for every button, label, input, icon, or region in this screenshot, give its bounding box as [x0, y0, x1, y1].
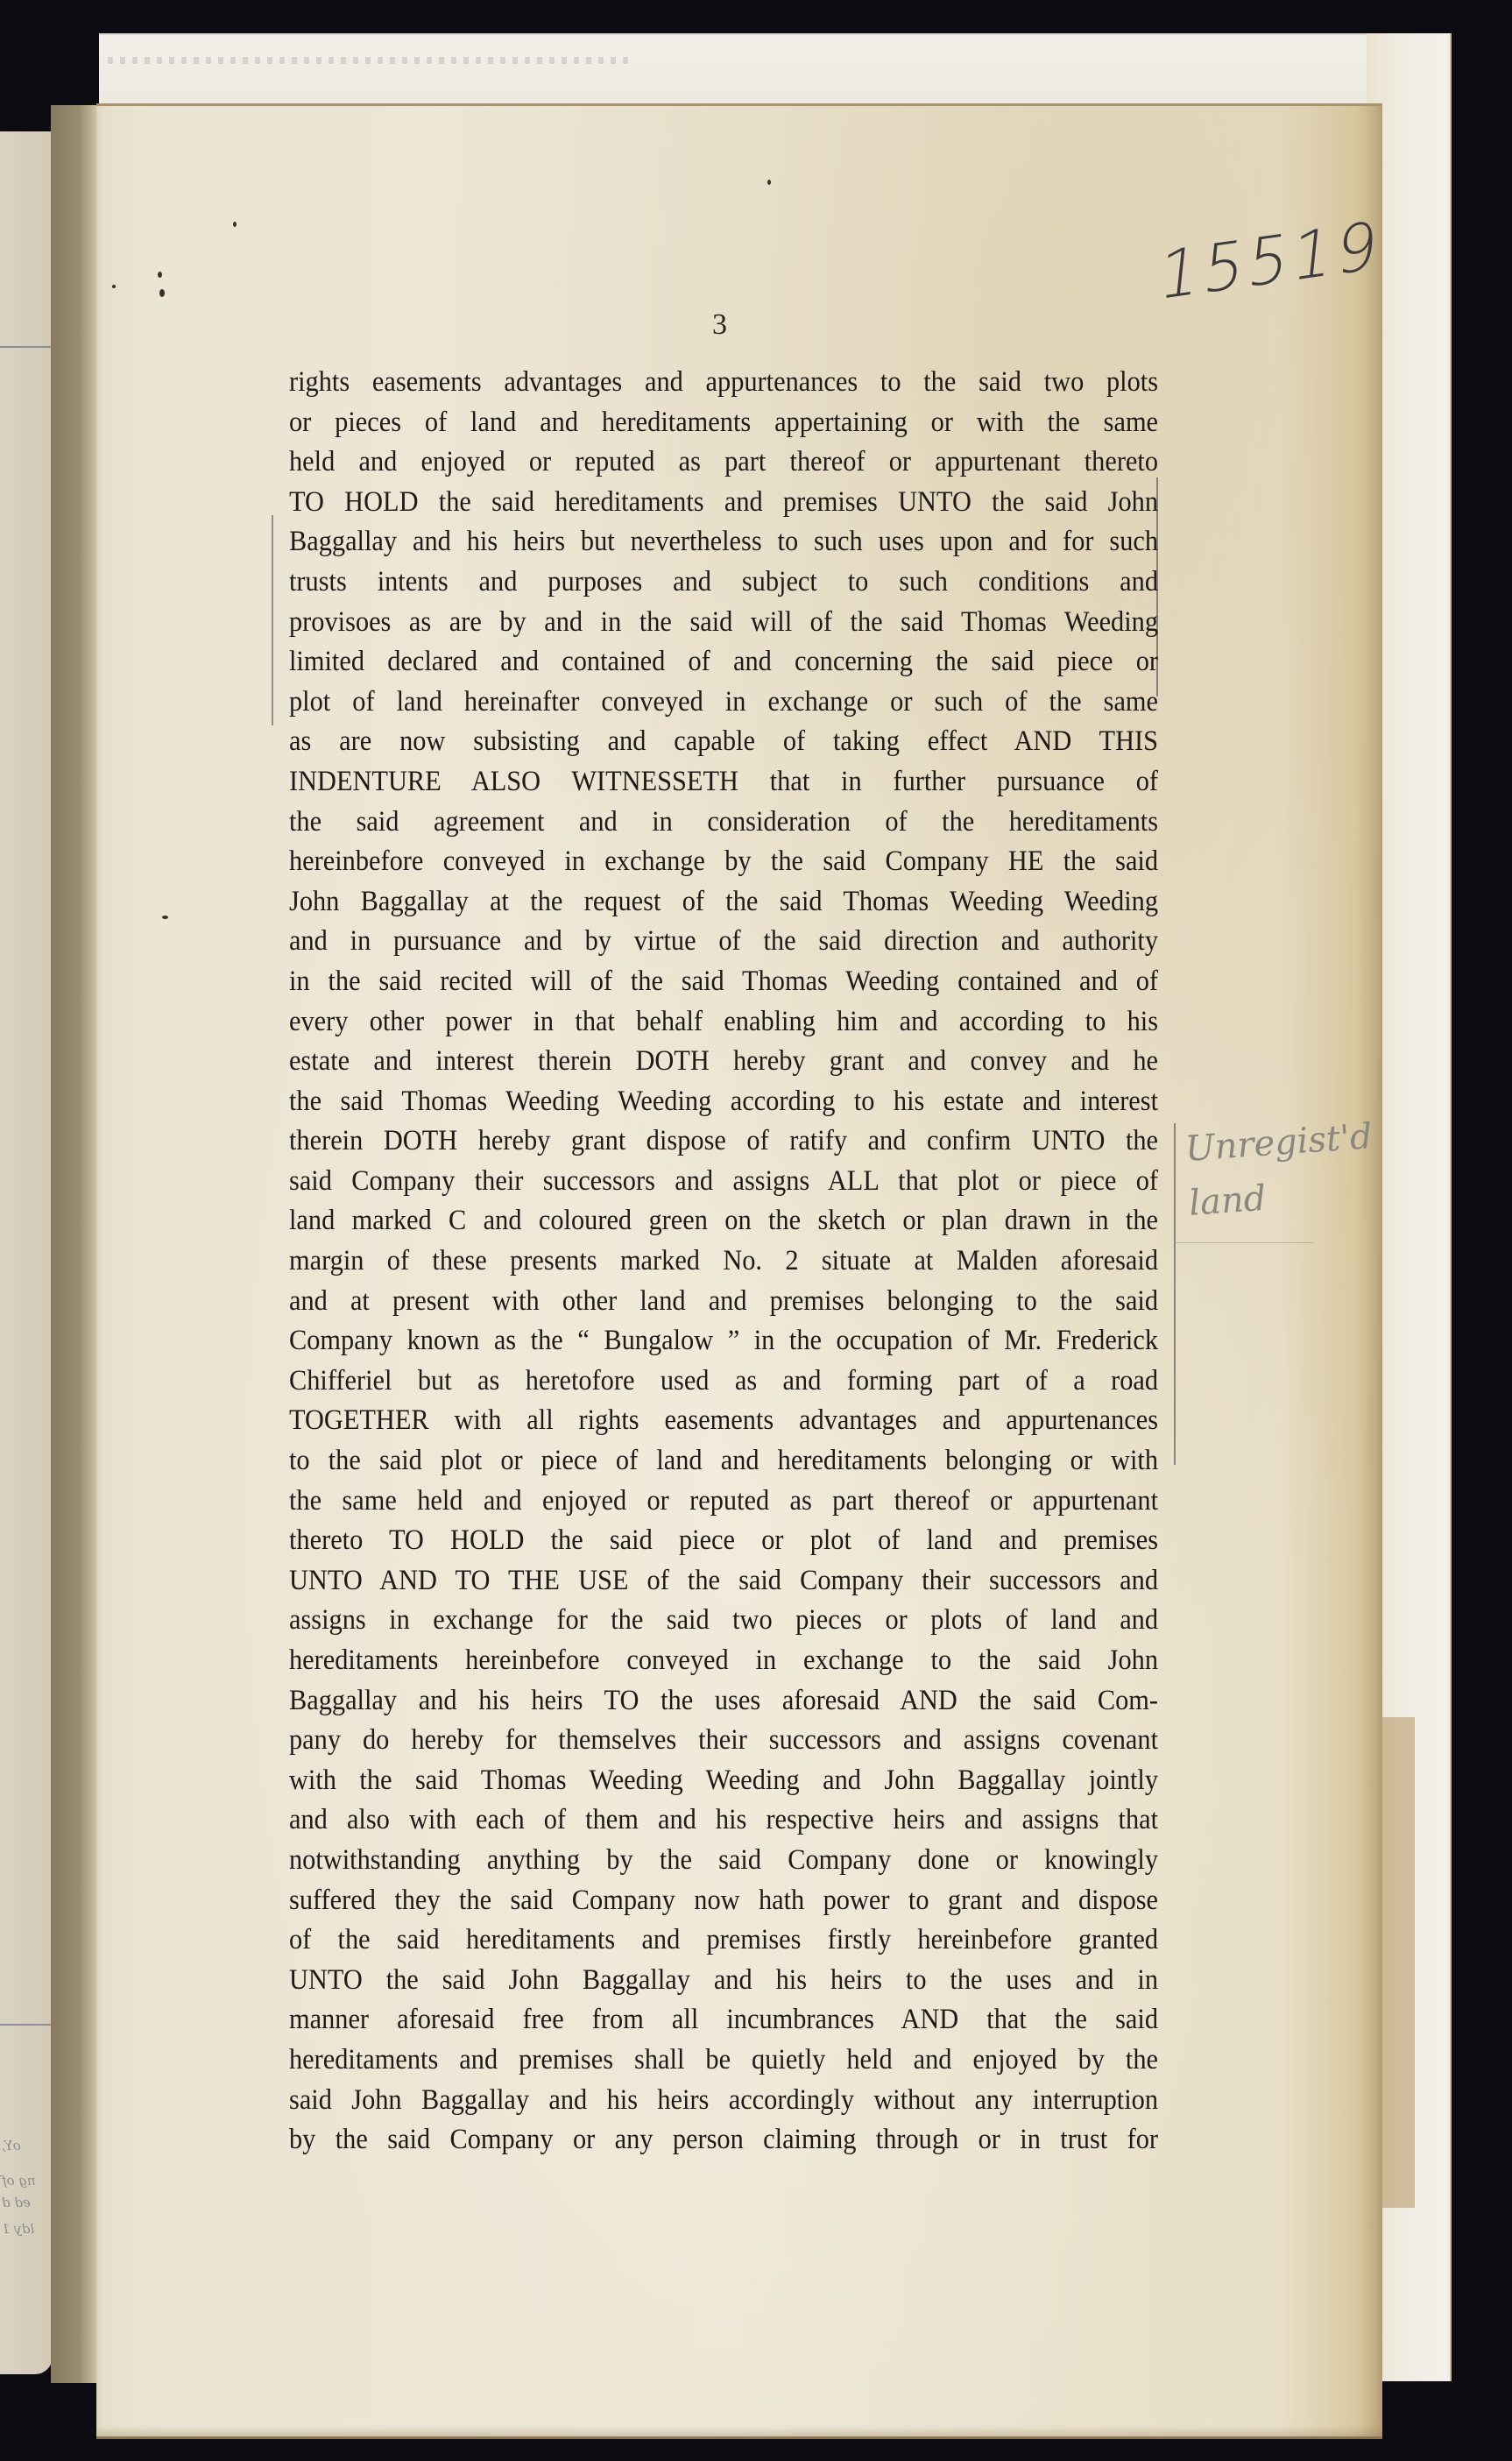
text-line: hereinbefore conveyed in exchange by the… [289, 842, 1158, 882]
text-line: limited declared and contained of and co… [289, 642, 1158, 682]
text-line: margin of these presents marked No. 2 si… [289, 1241, 1158, 1282]
text-line: suffered they the said Company now hath … [289, 1881, 1158, 1921]
pencil-margin-rule [1174, 1242, 1314, 1243]
text-line: or pieces of land and hereditaments appe… [289, 403, 1158, 443]
back-sheet-top [99, 33, 1439, 114]
text-line: of the said hereditaments and premises f… [289, 1920, 1158, 1961]
text-line: and also with each of them and his respe… [289, 1800, 1158, 1841]
text-line: said Company their successors and assign… [289, 1162, 1158, 1202]
text-line: thereto TO HOLD the said piece or plot o… [289, 1521, 1158, 1561]
text-line: plot of land hereinafter conveyed in exc… [289, 682, 1158, 723]
facing-page-fragment: ng of [2, 2173, 36, 2189]
text-line: to the said plot or piece of land and he… [289, 1441, 1158, 1482]
text-line: estate and interest therein DOTH hereby … [289, 1042, 1158, 1082]
facing-page-rule [0, 2024, 51, 2026]
text-line: therein DOTH hereby grant dispose of rat… [289, 1121, 1158, 1162]
paper-speck [158, 272, 162, 278]
text-line: Company known as the “ Bungalow ” in the… [289, 1321, 1158, 1361]
pencil-margin-bracket [272, 515, 273, 725]
text-line: provisoes as are by and in the said will… [289, 603, 1158, 643]
text-line: notwithstanding anything by the said Com… [289, 1841, 1158, 1881]
text-line: manner aforesaid free from all incumbran… [289, 2000, 1158, 2040]
paper-speck [112, 285, 116, 288]
text-line: land marked C and coloured green on the … [289, 1201, 1158, 1241]
page-number: 3 [712, 308, 727, 342]
text-line: UNTO AND TO THE USE of the said Company … [289, 1561, 1158, 1602]
text-line: and in pursuance and by virtue of the sa… [289, 922, 1158, 962]
text-line: Chifferiel but as heretofore used as and… [289, 1361, 1158, 1402]
text-line: as are now subsisting and capable of tak… [289, 722, 1158, 762]
text-line: TOGETHER with all rights easements advan… [289, 1401, 1158, 1441]
text-line: the same held and enjoyed or reputed as … [289, 1482, 1158, 1522]
binding-gutter-shadow [51, 105, 103, 2383]
text-line: hereditaments hereinbefore conveyed in e… [289, 1641, 1158, 1681]
annotation-line: Unregist'd [1183, 1112, 1336, 1177]
paper-speck [162, 916, 168, 919]
text-line: rights easements advantages and appurten… [289, 363, 1158, 403]
text-line: trusts intents and purposes and subject … [289, 562, 1158, 603]
text-line: held and enjoyed or reputed as part ther… [289, 442, 1158, 483]
text-line: by the said Company or any person claimi… [289, 2120, 1158, 2160]
text-line: Baggallay and his heirs TO the uses afor… [289, 1681, 1158, 1722]
text-line: with the said Thomas Weeding Weeding and… [289, 1761, 1158, 1801]
text-line: TO HOLD the said hereditaments and premi… [289, 483, 1158, 523]
pencil-margin-annotation: Unregist'd land [1183, 1112, 1339, 1231]
annotation-line: land [1187, 1166, 1339, 1231]
text-line: hereditaments and premises shall be quie… [289, 2040, 1158, 2081]
facing-page-fragment: ed d [2, 2195, 31, 2210]
facing-page-rule [0, 346, 51, 348]
text-line: John Baggallay at the request of the sai… [289, 882, 1158, 923]
text-line: every other power in that behalf enablin… [289, 1002, 1158, 1043]
text-line: said John Baggallay and his heirs accord… [289, 2081, 1158, 2121]
text-line: the said agreement and in consideration … [289, 803, 1158, 843]
indenture-body-text: rights easements advantages and appurten… [289, 363, 1158, 2160]
facing-page-fragment: oY, [2, 2138, 21, 2153]
repair-tape [1380, 1717, 1415, 2208]
text-line: assigns in exchange for the said two pie… [289, 1601, 1158, 1641]
text-line: the said Thomas Weeding Weeding accordin… [289, 1082, 1158, 1122]
pencil-margin-bracket [1174, 1123, 1176, 1465]
facing-page-edge: oY, ng of ed d ldy 1 [0, 131, 53, 2374]
text-line: and at present with other land and premi… [289, 1282, 1158, 1322]
text-line: UNTO the said John Baggallay and his hei… [289, 1961, 1158, 2001]
paper-speck [233, 222, 237, 227]
paper-speck [159, 289, 165, 297]
paper-speck [767, 180, 771, 185]
text-line: INDENTURE ALSO WITNESSETH that in furthe… [289, 762, 1158, 803]
offset-print-smudge [108, 57, 633, 64]
facing-page-fragment: ldy 1 [2, 2221, 34, 2237]
text-line: in the said recited will of the said Tho… [289, 962, 1158, 1002]
text-line: Baggallay and his heirs but nevertheless… [289, 522, 1158, 562]
text-line: pany do hereby for themselves their succ… [289, 1721, 1158, 1761]
